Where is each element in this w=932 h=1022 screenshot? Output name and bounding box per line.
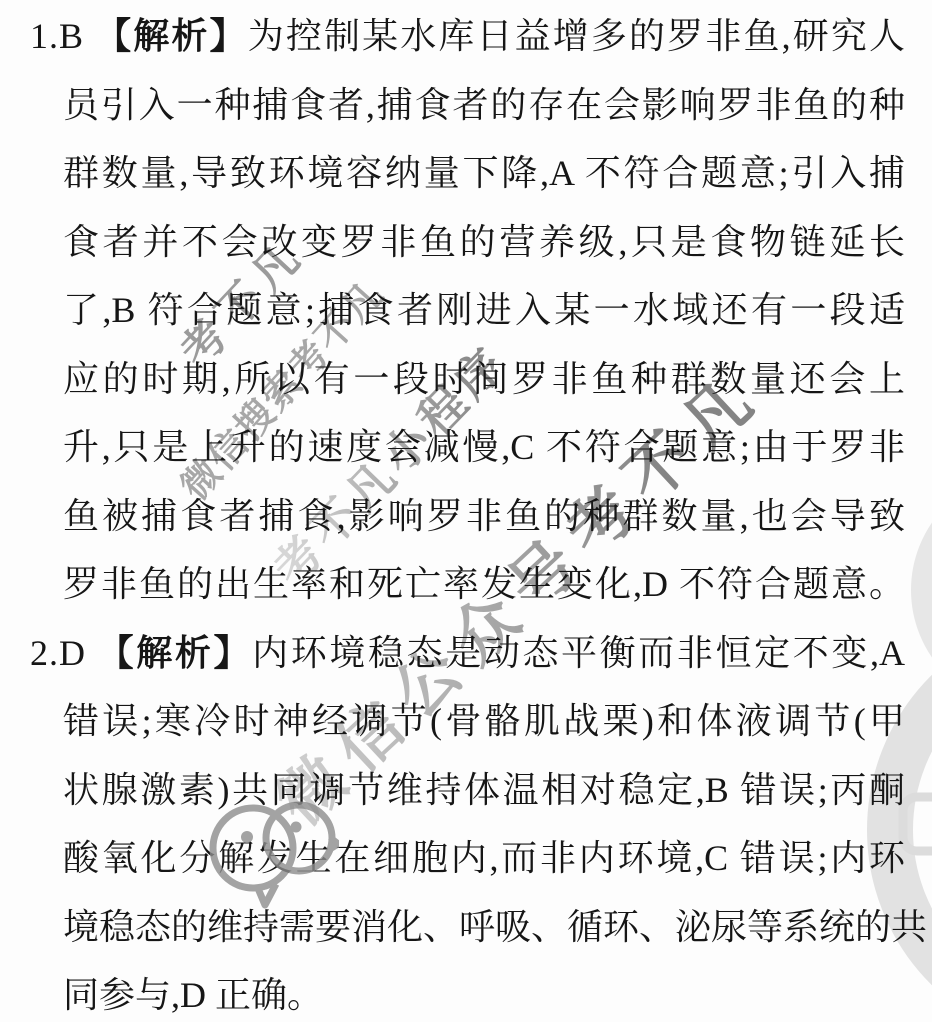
answer-2-line-6: 同参与,D 正确。 (63, 961, 905, 1022)
answer-1-line-7: 升,只是上升的速度会减慢,C 不符合题意;由于罗非 (63, 413, 905, 482)
answer-1-text: 为控制某水库日益增多的罗非鱼,研究人 (248, 16, 905, 56)
answer-1-line-5: 了,B 符合题意;捕食者刚进入某一水域还有一段适 (63, 276, 905, 345)
answer-1-number: 1.B (30, 16, 84, 56)
answer-explanations: 1.B 【解析】为控制某水库日益增多的罗非鱼,研究人 员引入一种捕食者,捕食者的… (0, 0, 932, 1022)
answer-sheet-page: 考不凡 微信搜索考不凡 考不凡小程序 微信公众号考不凡 1.B 【解析】为控制某… (0, 0, 932, 1022)
answer-1-line-4: 食者并不会改变罗非鱼的营养级,只是食物链延长 (63, 208, 905, 277)
answer-1-line-9: 罗非鱼的出生率和死亡率发生变化,D 不符合题意。 (63, 550, 905, 619)
answer-2-line-3: 状腺激素)共同调节维持体温相对稳定,B 错误;丙酮 (63, 756, 905, 825)
answer-1-line-2: 员引入一种捕食者,捕食者的存在会影响罗非鱼的种 (63, 71, 905, 140)
answer-1-line-1: 1.B 【解析】为控制某水库日益增多的罗非鱼,研究人 (30, 2, 905, 71)
answer-2-line-4: 酸氧化分解发生在细胞内,而非内环境,C 错误;内环 (63, 824, 905, 893)
answer-2-text: 内环境稳态是动态平衡而非恒定不变,A (252, 633, 905, 673)
answer-2-number: 2.D (30, 633, 86, 673)
kaobufan-chick-logo (203, 795, 339, 913)
answer-2-line-1: 2.D 【解析】内环境稳态是动态平衡而非恒定不变,A (30, 619, 905, 688)
answer-2-analysis-marker: 【解析】 (98, 632, 252, 673)
answer-1-line-3: 群数量,导致环境容纳量下降,A 不符合题意;引入捕 (63, 139, 905, 208)
answer-1-line-6: 应的时期,所以有一段时间罗非鱼种群数量还会上 (63, 345, 905, 414)
answer-2-line-5: 境稳态的维持需要消化、呼吸、循环、泌尿等系统的共 (63, 893, 905, 962)
answer-1-line-8: 鱼被捕食者捕食,影响罗非鱼的种群数量,也会导致 (63, 482, 905, 551)
answer-2-line-2: 错误;寒冷时神经调节(骨骼肌战栗)和体液调节(甲 (63, 687, 905, 756)
answer-1-analysis-marker: 【解析】 (95, 15, 248, 56)
